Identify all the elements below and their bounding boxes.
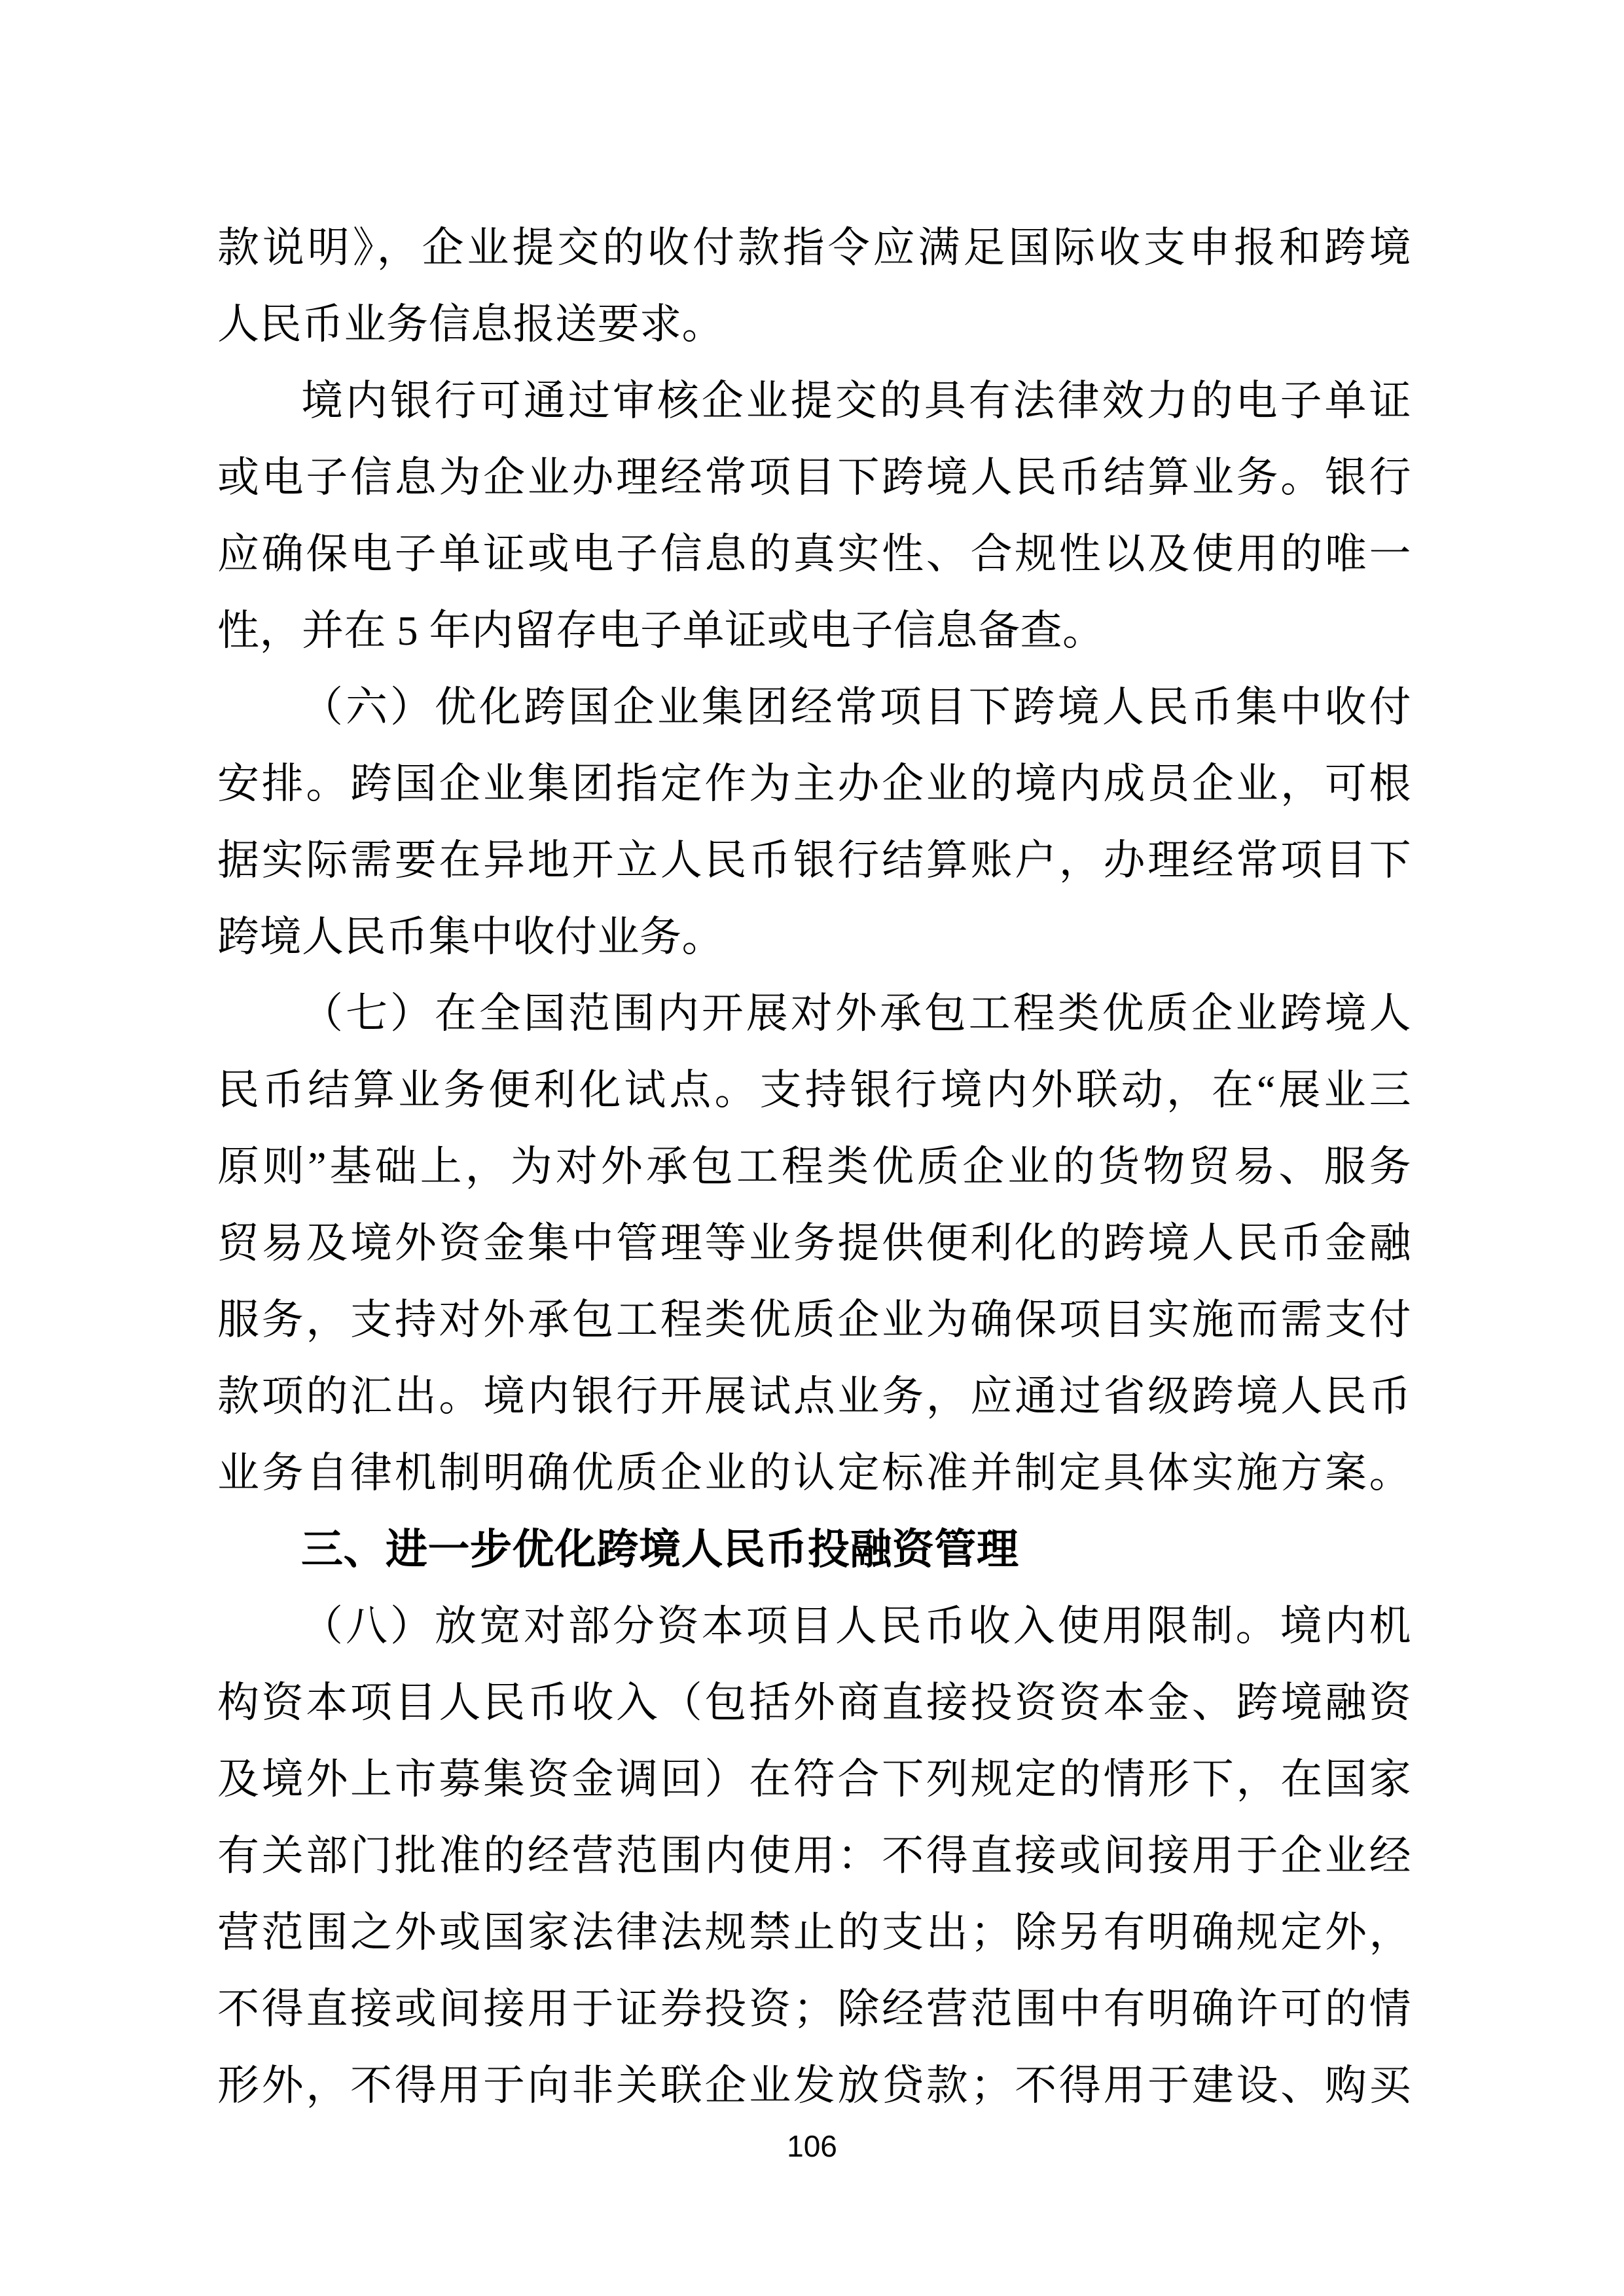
text-line: 不得直接或间接用于证券投资；除经营范围中有明确许可的情 <box>217 1971 1411 2047</box>
text-line: 形外，不得用于向非关联企业发放贷款；不得用于建设、购买 <box>217 2047 1411 2124</box>
text-line: 业务自律机制明确优质企业的认定标准并制定具体实施方案。 <box>217 1435 1411 1511</box>
section-heading: 三、进一步优化跨境人民币投融资管理 <box>217 1511 1411 1588</box>
text-line: 安排。跨国企业集团指定作为主办企业的境内成员企业，可根 <box>217 745 1411 822</box>
text-line: 原则”基础上，为对外承包工程类优质企业的货物贸易、服务 <box>217 1128 1411 1205</box>
text-line: 服务，支持对外承包工程类优质企业为确保项目实施而需支付 <box>217 1282 1411 1358</box>
document-page: 款说明》，企业提交的收付款指令应满足国际收支申报和跨境人民币业务信息报送要求。境… <box>0 0 1624 2296</box>
text-line: 据实际需要在异地开立人民币银行结算账户，办理经常项目下 <box>217 822 1411 899</box>
text-line: 或电子信息为企业办理经常项目下跨境人民币结算业务。银行 <box>217 439 1411 516</box>
text-line: 有关部门批准的经营范围内使用：不得直接或间接用于企业经 <box>217 1818 1411 1894</box>
text-line: 境内银行可通过审核企业提交的具有法律效力的电子单证 <box>217 363 1411 439</box>
text-line: 营范围之外或国家法律法规禁止的支出；除另有明确规定外， <box>217 1894 1411 1971</box>
text-block: 款说明》，企业提交的收付款指令应满足国际收支申报和跨境人民币业务信息报送要求。境… <box>217 209 1411 2124</box>
text-line: 性，并在 5 年内留存电子单证或电子信息备查。 <box>217 592 1411 669</box>
text-line: （六）优化跨国企业集团经常项目下跨境人民币集中收付 <box>217 669 1411 745</box>
text-line: （八）放宽对部分资本项目人民币收入使用限制。境内机 <box>217 1588 1411 1664</box>
text-line: （七）在全国范围内开展对外承包工程类优质企业跨境人 <box>217 975 1411 1052</box>
text-line: 构资本项目人民币收入（包括外商直接投资资本金、跨境融资 <box>217 1664 1411 1741</box>
text-line: 款说明》，企业提交的收付款指令应满足国际收支申报和跨境 <box>217 209 1411 286</box>
page-number: 106 <box>0 2128 1624 2164</box>
text-line: 跨境人民币集中收付业务。 <box>217 899 1411 975</box>
text-line: 及境外上市募集资金调回）在符合下列规定的情形下，在国家 <box>217 1741 1411 1818</box>
text-line: 人民币业务信息报送要求。 <box>217 286 1411 363</box>
text-line: 款项的汇出。境内银行开展试点业务，应通过省级跨境人民币 <box>217 1358 1411 1435</box>
text-line: 应确保电子单证或电子信息的真实性、合规性以及使用的唯一 <box>217 516 1411 592</box>
text-line: 贸易及境外资金集中管理等业务提供便利化的跨境人民币金融 <box>217 1205 1411 1282</box>
text-line: 民币结算业务便利化试点。支持银行境内外联动，在“展业三 <box>217 1052 1411 1128</box>
